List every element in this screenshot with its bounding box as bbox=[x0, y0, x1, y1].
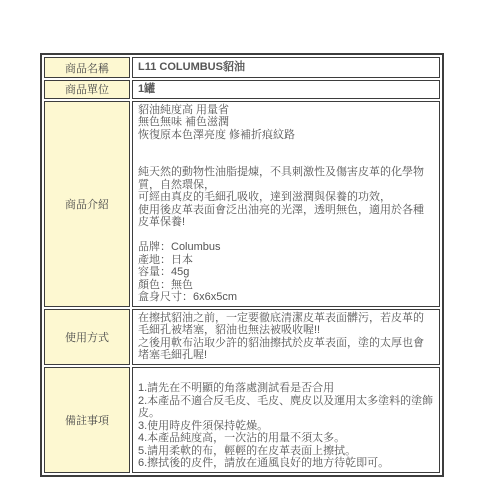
text-line bbox=[138, 154, 434, 167]
text-line: 產地：日本 bbox=[138, 254, 434, 267]
row-label-product-intro: 商品介紹 bbox=[44, 101, 130, 307]
text-line: 恢復原本色澤亮度 修補折痕紋路 bbox=[138, 129, 434, 142]
text-line: 之後用軟布沾取少許的貂油擦拭於皮革表面，塗的太厚也會堵塞毛細孔喔! bbox=[138, 337, 434, 362]
row-content-usage: 在擦拭貂油之前，一定要徹底清潔皮革表面髒污，若皮革的毛細孔被堵塞，貂油也無法被吸… bbox=[132, 309, 440, 365]
row-label-product-name: 商品名稱 bbox=[44, 57, 130, 78]
text-line: 3.使用時皮件須保持乾燥。 bbox=[138, 420, 434, 433]
product-info-table-body: 商品名稱L11 COLUMBUS貂油商品單位1罐商品介紹貂油純度高 用量省無色無… bbox=[44, 57, 440, 473]
text-line: 純天然的動物性油脂提煉，不具刺激性及傷害皮革的化學物質，自然環保， bbox=[138, 166, 434, 191]
text-line: 2.本產品不適合反毛皮、毛皮、麂皮以及運用太多塗料的塗飾皮。 bbox=[138, 395, 434, 420]
row-content-product-unit: 1罐 bbox=[132, 80, 440, 99]
text-line: 使用後皮革表面會泛出油亮的光澤，透明無色，適用於各種皮革保養! bbox=[138, 204, 434, 229]
text-line: L11 COLUMBUS貂油 bbox=[138, 61, 434, 74]
table-row: 商品單位1罐 bbox=[44, 80, 440, 99]
text-line: 可經由真皮的毛細孔吸收，達到滋潤與保養的功效， bbox=[138, 191, 434, 204]
row-label-product-unit: 商品單位 bbox=[44, 80, 130, 99]
text-line: 1.請先在不明顯的角落處測試看是否合用 bbox=[138, 382, 434, 395]
text-line: 在擦拭貂油之前，一定要徹底清潔皮革表面髒污，若皮革的毛細孔被堵塞，貂油也無法被吸… bbox=[138, 312, 434, 337]
text-line: 品牌：Columbus bbox=[138, 241, 434, 254]
text-line: 1罐 bbox=[138, 83, 434, 96]
product-info-table: 商品名稱L11 COLUMBUS貂油商品單位1罐商品介紹貂油純度高 用量省無色無… bbox=[40, 53, 444, 477]
text-line: 盒身尺寸：6x6x5cm bbox=[138, 291, 434, 304]
text-line bbox=[138, 229, 434, 242]
text-line: 6.擦拭後的皮件，請放在通風良好的地方待乾即可。 bbox=[138, 457, 434, 470]
text-line: 容量：45g bbox=[138, 266, 434, 279]
text-line bbox=[138, 141, 434, 154]
text-line: 貂油純度高 用量省 bbox=[138, 104, 434, 117]
row-content-product-name: L11 COLUMBUS貂油 bbox=[132, 57, 440, 78]
text-line bbox=[138, 370, 434, 383]
table-row: 備註事項1.請先在不明顯的角落處測試看是否合用2.本產品不適合反毛皮、毛皮、麂皮… bbox=[44, 367, 440, 473]
product-info-section: 商品名稱L11 COLUMBUS貂油商品單位1罐商品介紹貂油純度高 用量省無色無… bbox=[40, 53, 444, 477]
text-line: 5.請用柔軟的布，輕輕的在皮革表面上擦拭。 bbox=[138, 445, 434, 458]
row-label-usage: 使用方式 bbox=[44, 309, 130, 365]
text-line: 無色無味 補色滋潤 bbox=[138, 116, 434, 129]
page: 商品名稱L11 COLUMBUS貂油商品單位1罐商品介紹貂油純度高 用量省無色無… bbox=[0, 0, 480, 480]
text-line: 4.本產品純度高，一次沾的用量不須太多。 bbox=[138, 432, 434, 445]
row-label-notes: 備註事項 bbox=[44, 367, 130, 473]
table-row: 商品名稱L11 COLUMBUS貂油 bbox=[44, 57, 440, 78]
row-content-notes: 1.請先在不明顯的角落處測試看是否合用2.本產品不適合反毛皮、毛皮、麂皮以及運用… bbox=[132, 367, 440, 473]
table-row: 使用方式在擦拭貂油之前，一定要徹底清潔皮革表面髒污，若皮革的毛細孔被堵塞，貂油也… bbox=[44, 309, 440, 365]
text-line: 顏色：無色 bbox=[138, 279, 434, 292]
table-row: 商品介紹貂油純度高 用量省無色無味 補色滋潤恢復原本色澤亮度 修補折痕紋路純天然… bbox=[44, 101, 440, 307]
row-content-product-intro: 貂油純度高 用量省無色無味 補色滋潤恢復原本色澤亮度 修補折痕紋路純天然的動物性… bbox=[132, 101, 440, 307]
